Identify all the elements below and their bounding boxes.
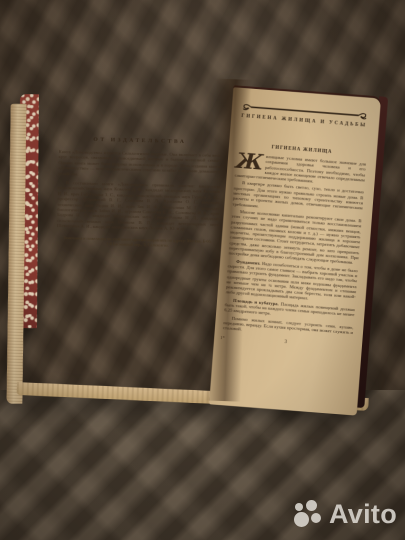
photo-of-open-book: ОТ ИЗДАТЕЛЬСТВА Книга «Домоводство» изда… [0,0,405,540]
open-book: ОТ ИЗДАТЕЛЬСТВА Книга «Домоводство» изда… [0,67,392,418]
fundament-text: Надо позаботиться о том, чтобы в доме не… [226,261,358,301]
publisher-paragraph: Книга «Домоводство» издается Сельхозгизо… [58,149,221,180]
right-page: ГИГИЕНА ЖИЛИЩА И УСАДЬБЫ ГИГИЕНА ЖИЛИЩА … [209,87,381,415]
body-paragraph: Многие колхозники капитально ремонтируют… [228,208,361,266]
left-page-text-block: ОТ ИЗДАТЕЛЬСТВА Книга «Домоводство» изда… [56,136,221,249]
signature-mark: 1* [220,334,225,339]
left-page-heading: ОТ ИЗДАТЕЛЬСТВА [59,136,221,146]
publisher-address-note: Замечания и пожелания по этой книге прос… [62,235,212,249]
avito-watermark: Avito [294,500,397,528]
left-page: ОТ ИЗДАТЕЛЬСТВА Книга «Домоводство» изда… [21,76,234,395]
contributors-paragraph: В составлении книги «Домоводство» приним… [57,180,220,233]
drop-cap: Ж [235,153,264,171]
right-page-text-block: ГИГИЕНА ЖИЛИЩА И УСАДЬБЫ ГИГИЕНА ЖИЛИЩА … [222,102,370,357]
ploshchad-text: Площадь жилых помещений должна быть тако… [224,301,355,317]
avito-logo-icon [294,500,325,528]
page-number: 3 [284,339,287,344]
avito-wordmark: Avito [329,500,397,528]
